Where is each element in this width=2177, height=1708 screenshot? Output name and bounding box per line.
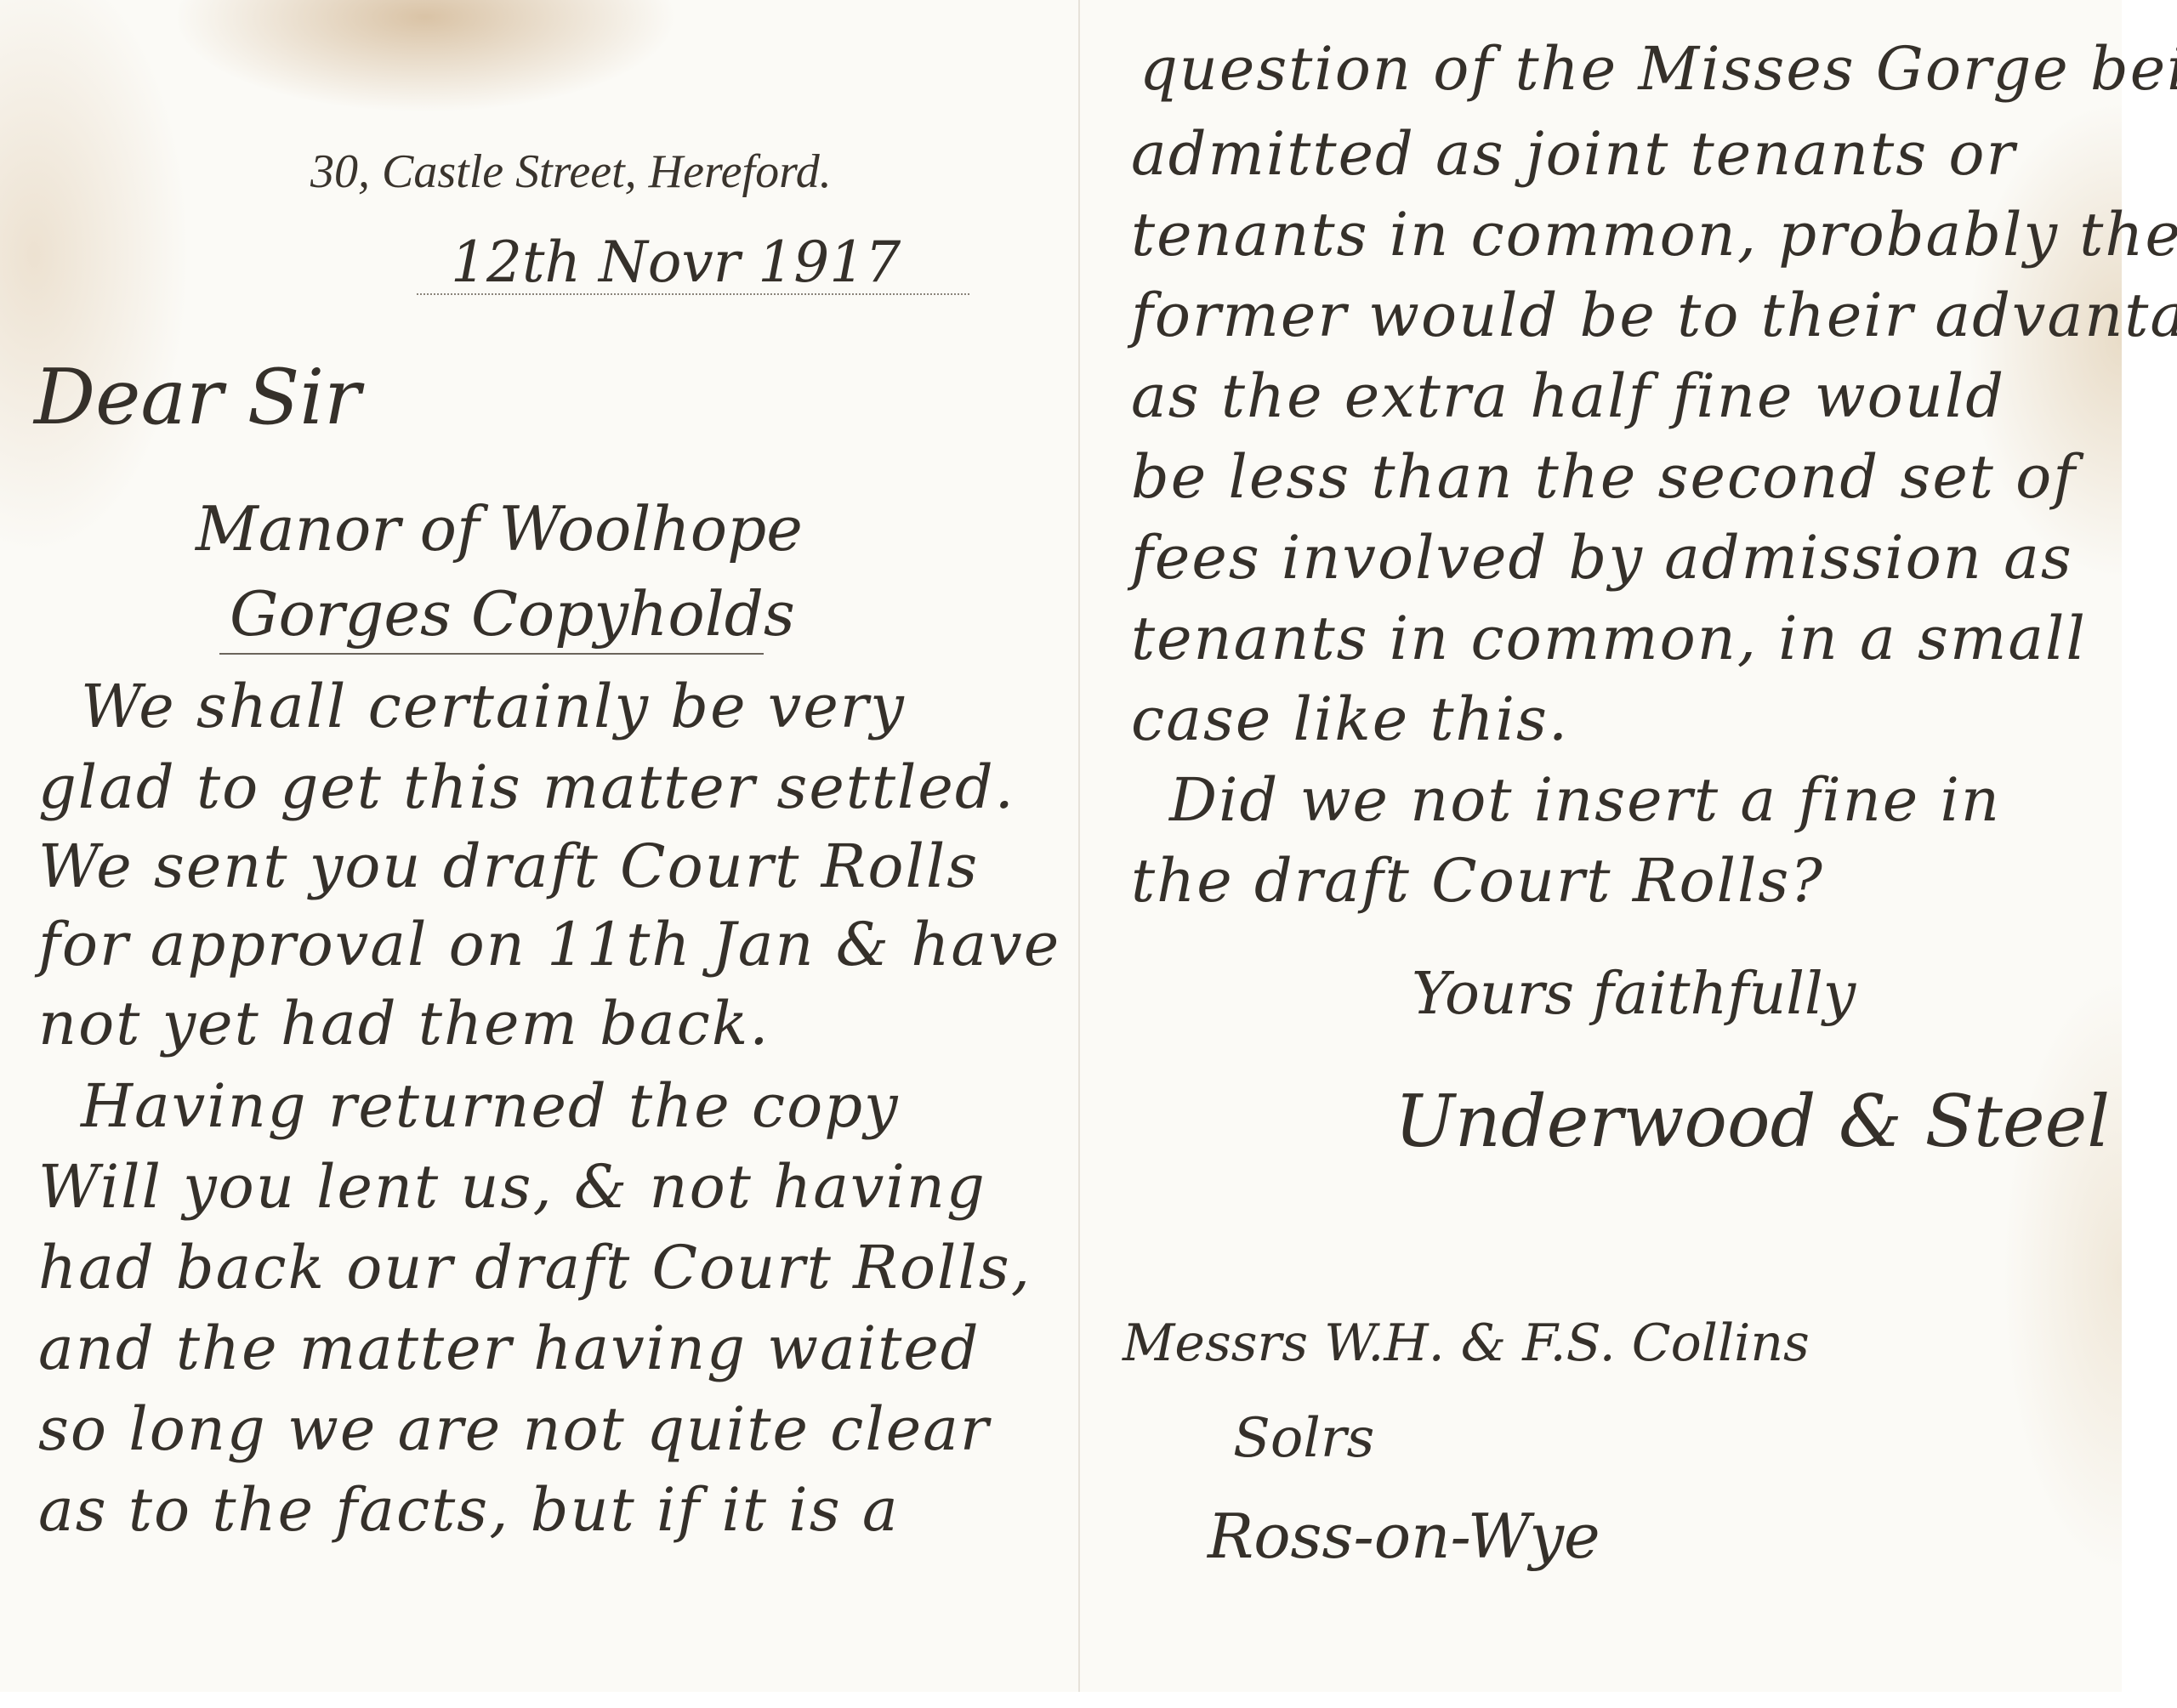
body-line: We shall certainly be very (81, 672, 906, 741)
body-line: We sent you draft Court Rolls (38, 831, 979, 901)
letter-date: 12th Novr 1917 (451, 230, 901, 295)
body-line: tenants in common, probably the (1131, 200, 2177, 270)
closing: Yours faithfully (1412, 961, 1856, 1028)
subject-underline (219, 653, 764, 655)
signature: Underwood & Steel (1395, 1080, 2110, 1163)
salutation: Dear Sir (34, 353, 361, 442)
body-line: glad to get this matter settled. (38, 752, 1015, 822)
body-line: as to the facts, but if it is a (38, 1475, 900, 1545)
body-line: the draft Court Rolls? (1131, 846, 1824, 916)
body-line: tenants in common, in a small (1131, 604, 2087, 673)
body-line: be less than the second set of (1131, 442, 2077, 512)
body-line: Did we not insert a fine in (1169, 765, 2001, 835)
body-line: Will you lent us, & not having (38, 1152, 986, 1222)
body-line: as the extra half fine would (1131, 361, 2005, 431)
subject-line-1: Manor of Woolhope (196, 493, 803, 565)
addressee-line-3: Ross-on-Wye (1208, 1501, 1600, 1572)
body-line: not yet had them back. (38, 989, 770, 1058)
body-line: Having returned the copy (81, 1071, 900, 1141)
body-line: case like this. (1131, 684, 1569, 754)
letter-left-page: 30, Castle Street, Hereford. 12th Novr 1… (0, 0, 1078, 1692)
body-line: admitted as joint tenants or (1131, 119, 2016, 189)
date-rule (417, 293, 969, 295)
body-line: former would be to their advantage (1131, 281, 2177, 350)
letterhead-address: 30, Castle Street, Hereford. (310, 145, 832, 199)
body-line: had back our draft Court Rolls, (38, 1233, 1032, 1302)
body-line: for approval on 11th Jan & have (38, 910, 1060, 979)
addressee-line-1: Messrs W.H. & F.S. Collins (1123, 1314, 1810, 1373)
body-line: so long we are not quite clear (38, 1394, 990, 1464)
body-line: fees involved by admission as (1131, 523, 2073, 593)
body-line: question of the Misses Gorge being (1140, 34, 2177, 104)
subject-line-2: Gorges Copyholds (230, 578, 795, 650)
body-line: and the matter having waited (38, 1314, 981, 1383)
letter-right-page: question of the Misses Gorge being admit… (1078, 0, 2122, 1692)
addressee-line-2: Solrs (1233, 1407, 1374, 1470)
